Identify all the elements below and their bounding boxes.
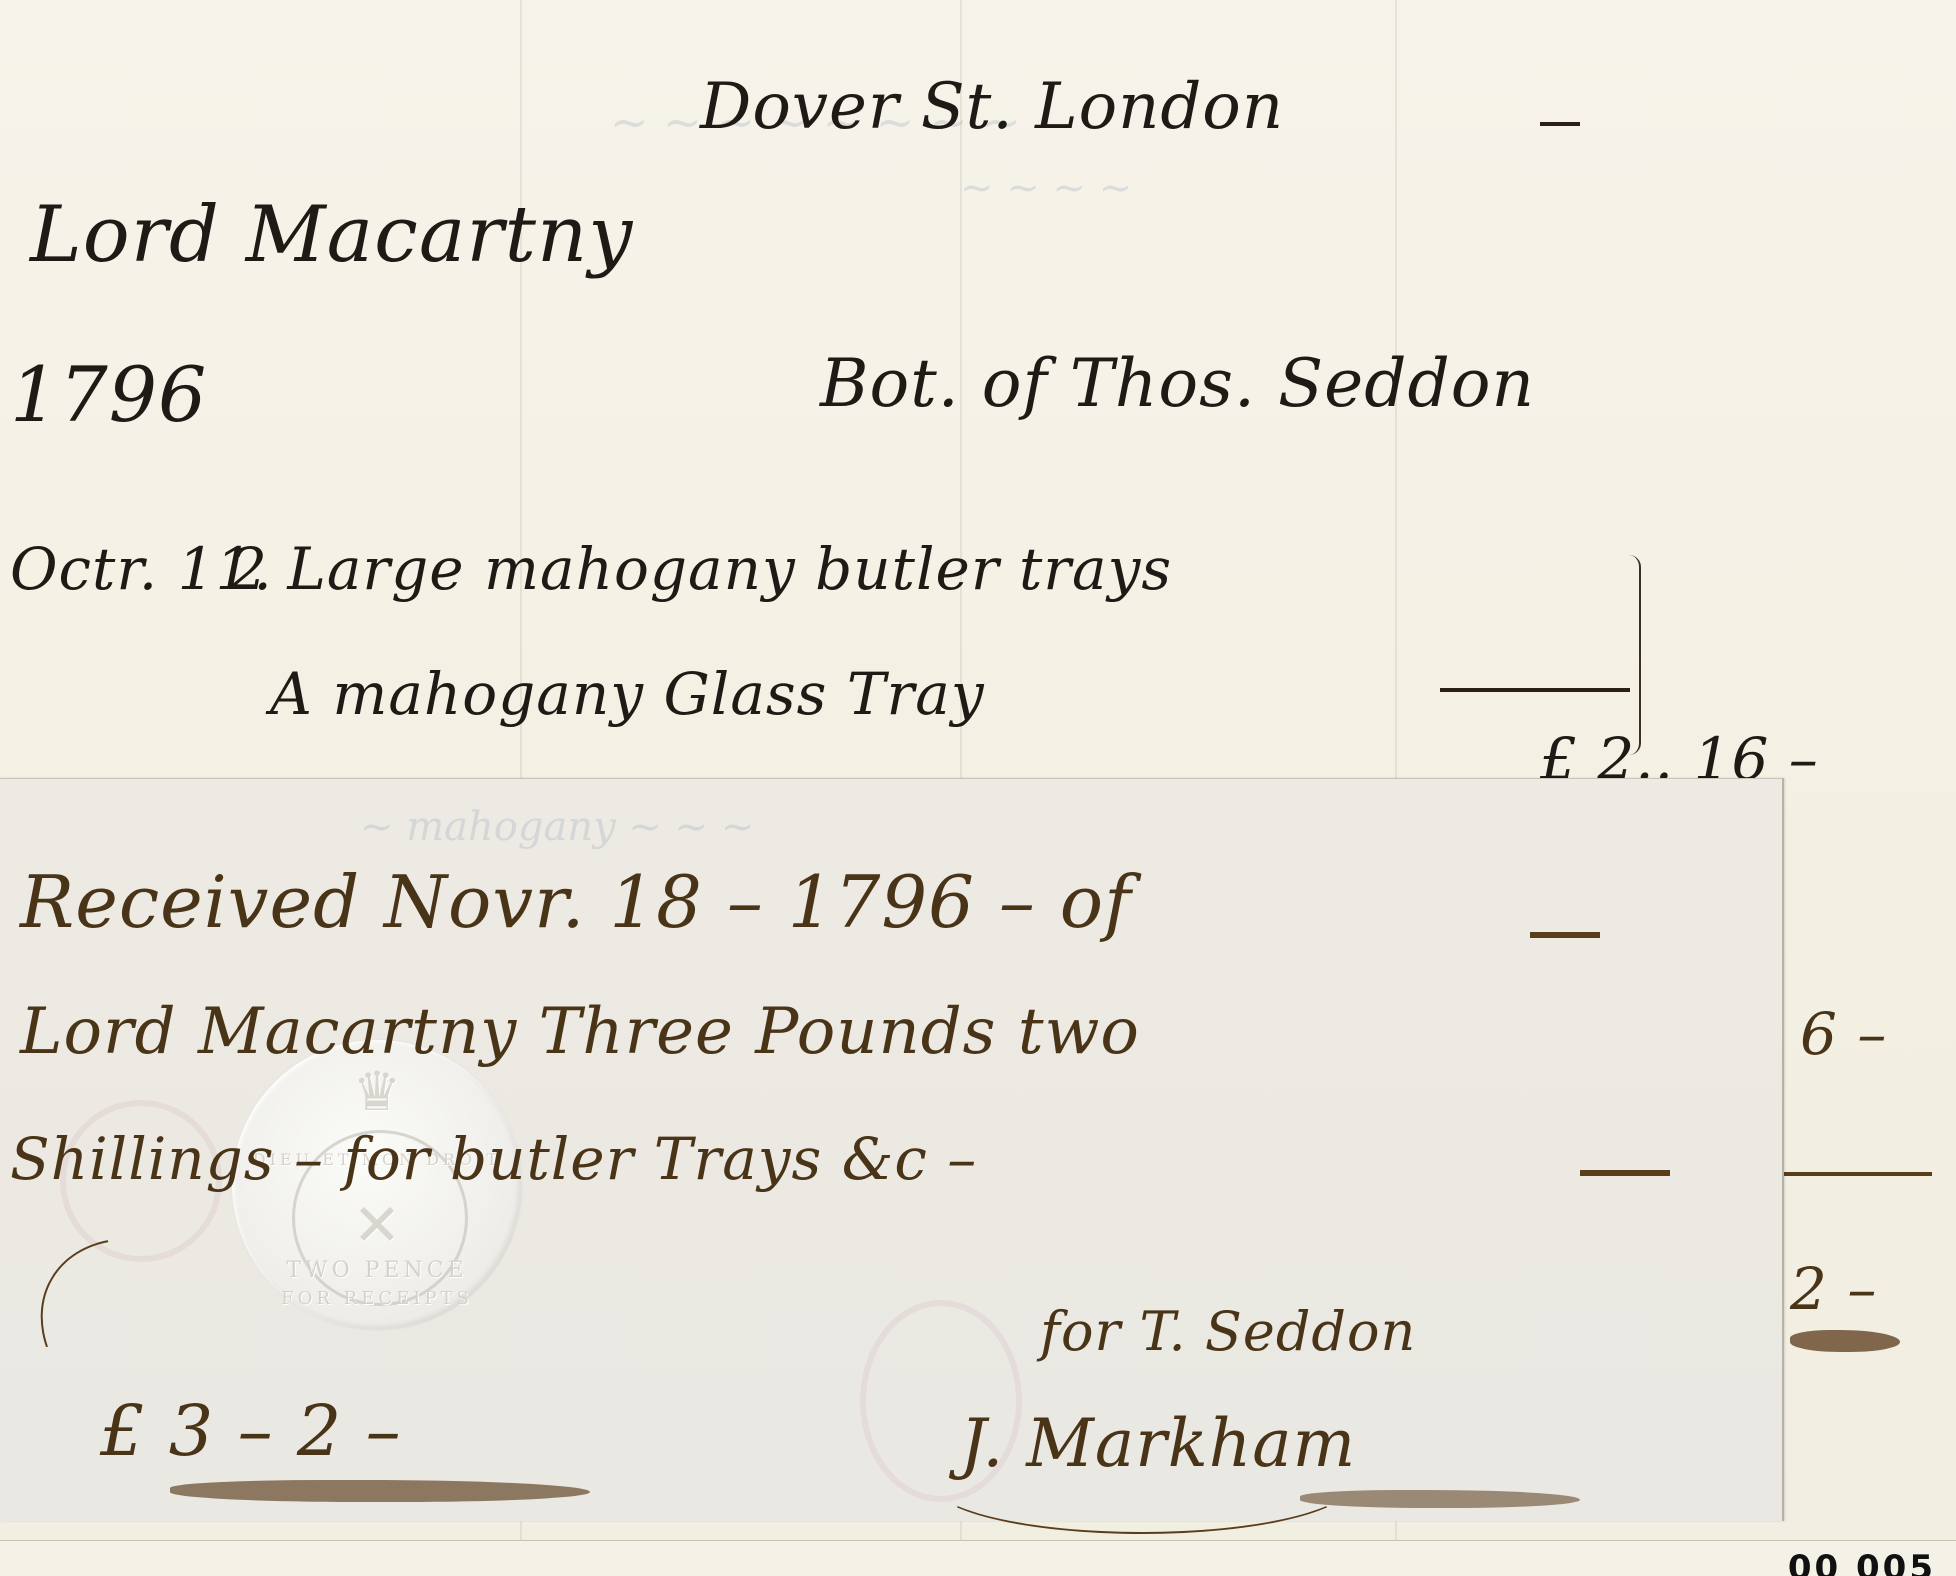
bill-address: Dover St. London [700, 70, 1284, 144]
signature-swash [930, 1430, 1354, 1534]
bleed-through-text: ~ mahogany ~ ~ ~ [360, 804, 754, 850]
bill-year: 1796 [10, 350, 207, 439]
stamp-purpose: FOR RECEIPTS [232, 1288, 522, 1309]
receipt-line-2: Lord Macartny Three Pounds two [20, 995, 1140, 1069]
total-underline-flourish [170, 1480, 590, 1502]
bill-vendor: Bot. of Thos. Seddon [820, 345, 1535, 422]
flourish-rule [1580, 1170, 1670, 1176]
ink-blot [1790, 1330, 1900, 1352]
bill-customer: Lord Macartny [30, 190, 633, 280]
flourish-rule [1530, 932, 1600, 938]
flourish-rule [1540, 122, 1580, 126]
bill-amount-line3: 2 – [1790, 1255, 1877, 1323]
crown-icon: ♛ [342, 1062, 412, 1122]
bleed-through-text: ~ ~ ~ ~ [960, 165, 1132, 211]
receipt-line-3: Shillings – for butler Trays &c – [10, 1125, 977, 1193]
bill-amount-line2: 6 – [1800, 1000, 1887, 1068]
receipt-on-behalf: for T. Seddon [1040, 1300, 1416, 1363]
receipt-line-1: Received Novr. 18 – 1796 – of [20, 860, 1132, 944]
bill-item-description: 2 Large mahogany butler trays [230, 535, 1172, 603]
stamp-value: TWO PENCE [232, 1258, 522, 1283]
saltire-icon: ✕ [347, 1190, 407, 1260]
sum-rule [1782, 1172, 1932, 1176]
item-rule [1440, 688, 1630, 692]
bill-item-description: A mahogany Glass Tray [270, 660, 985, 728]
catalog-number: 00 005 [1788, 1548, 1936, 1576]
